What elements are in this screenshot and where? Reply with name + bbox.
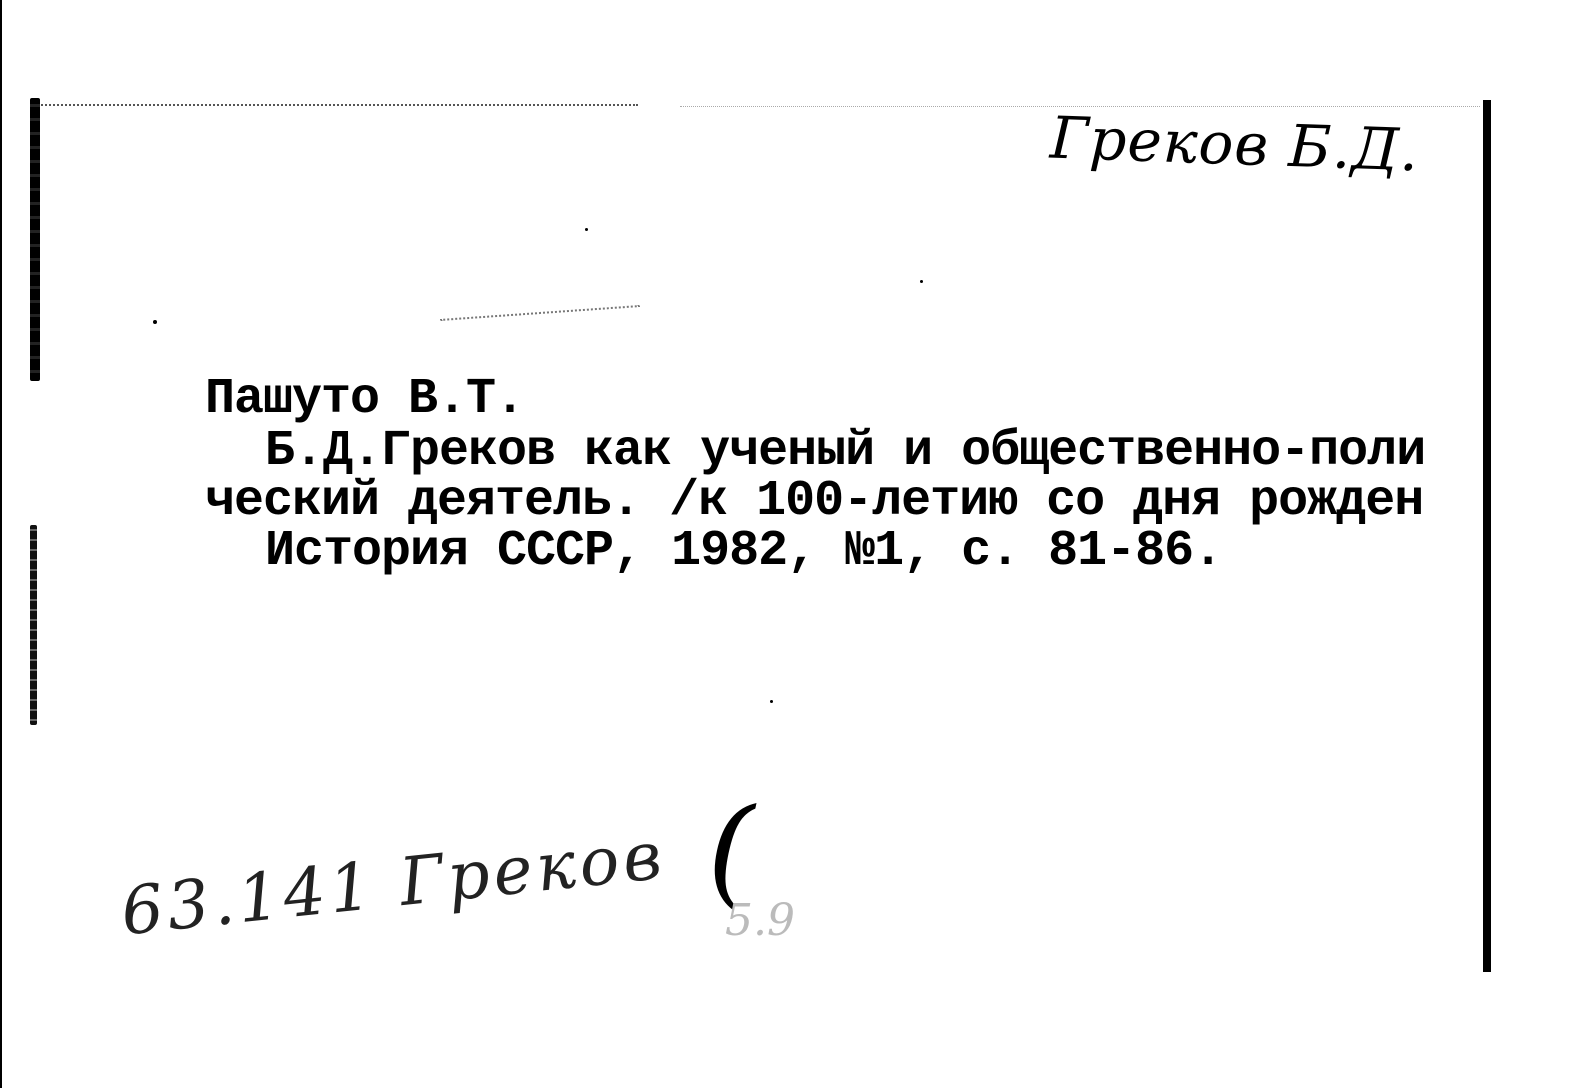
entry-source: История СССР, 1982, №1, с. 81-86.	[265, 530, 1222, 574]
entry-title-line-1: Б.Д.Греков как ученый и общественно-поли	[265, 430, 1425, 474]
faint-handwritten-mark: 5.9	[725, 895, 795, 946]
card-right-edge	[1483, 100, 1491, 972]
entry-author: Пашуто В.Т.	[205, 378, 524, 422]
entry-title-line-2: ческий деятель. /к 100-летию со дня рожд…	[205, 480, 1423, 524]
